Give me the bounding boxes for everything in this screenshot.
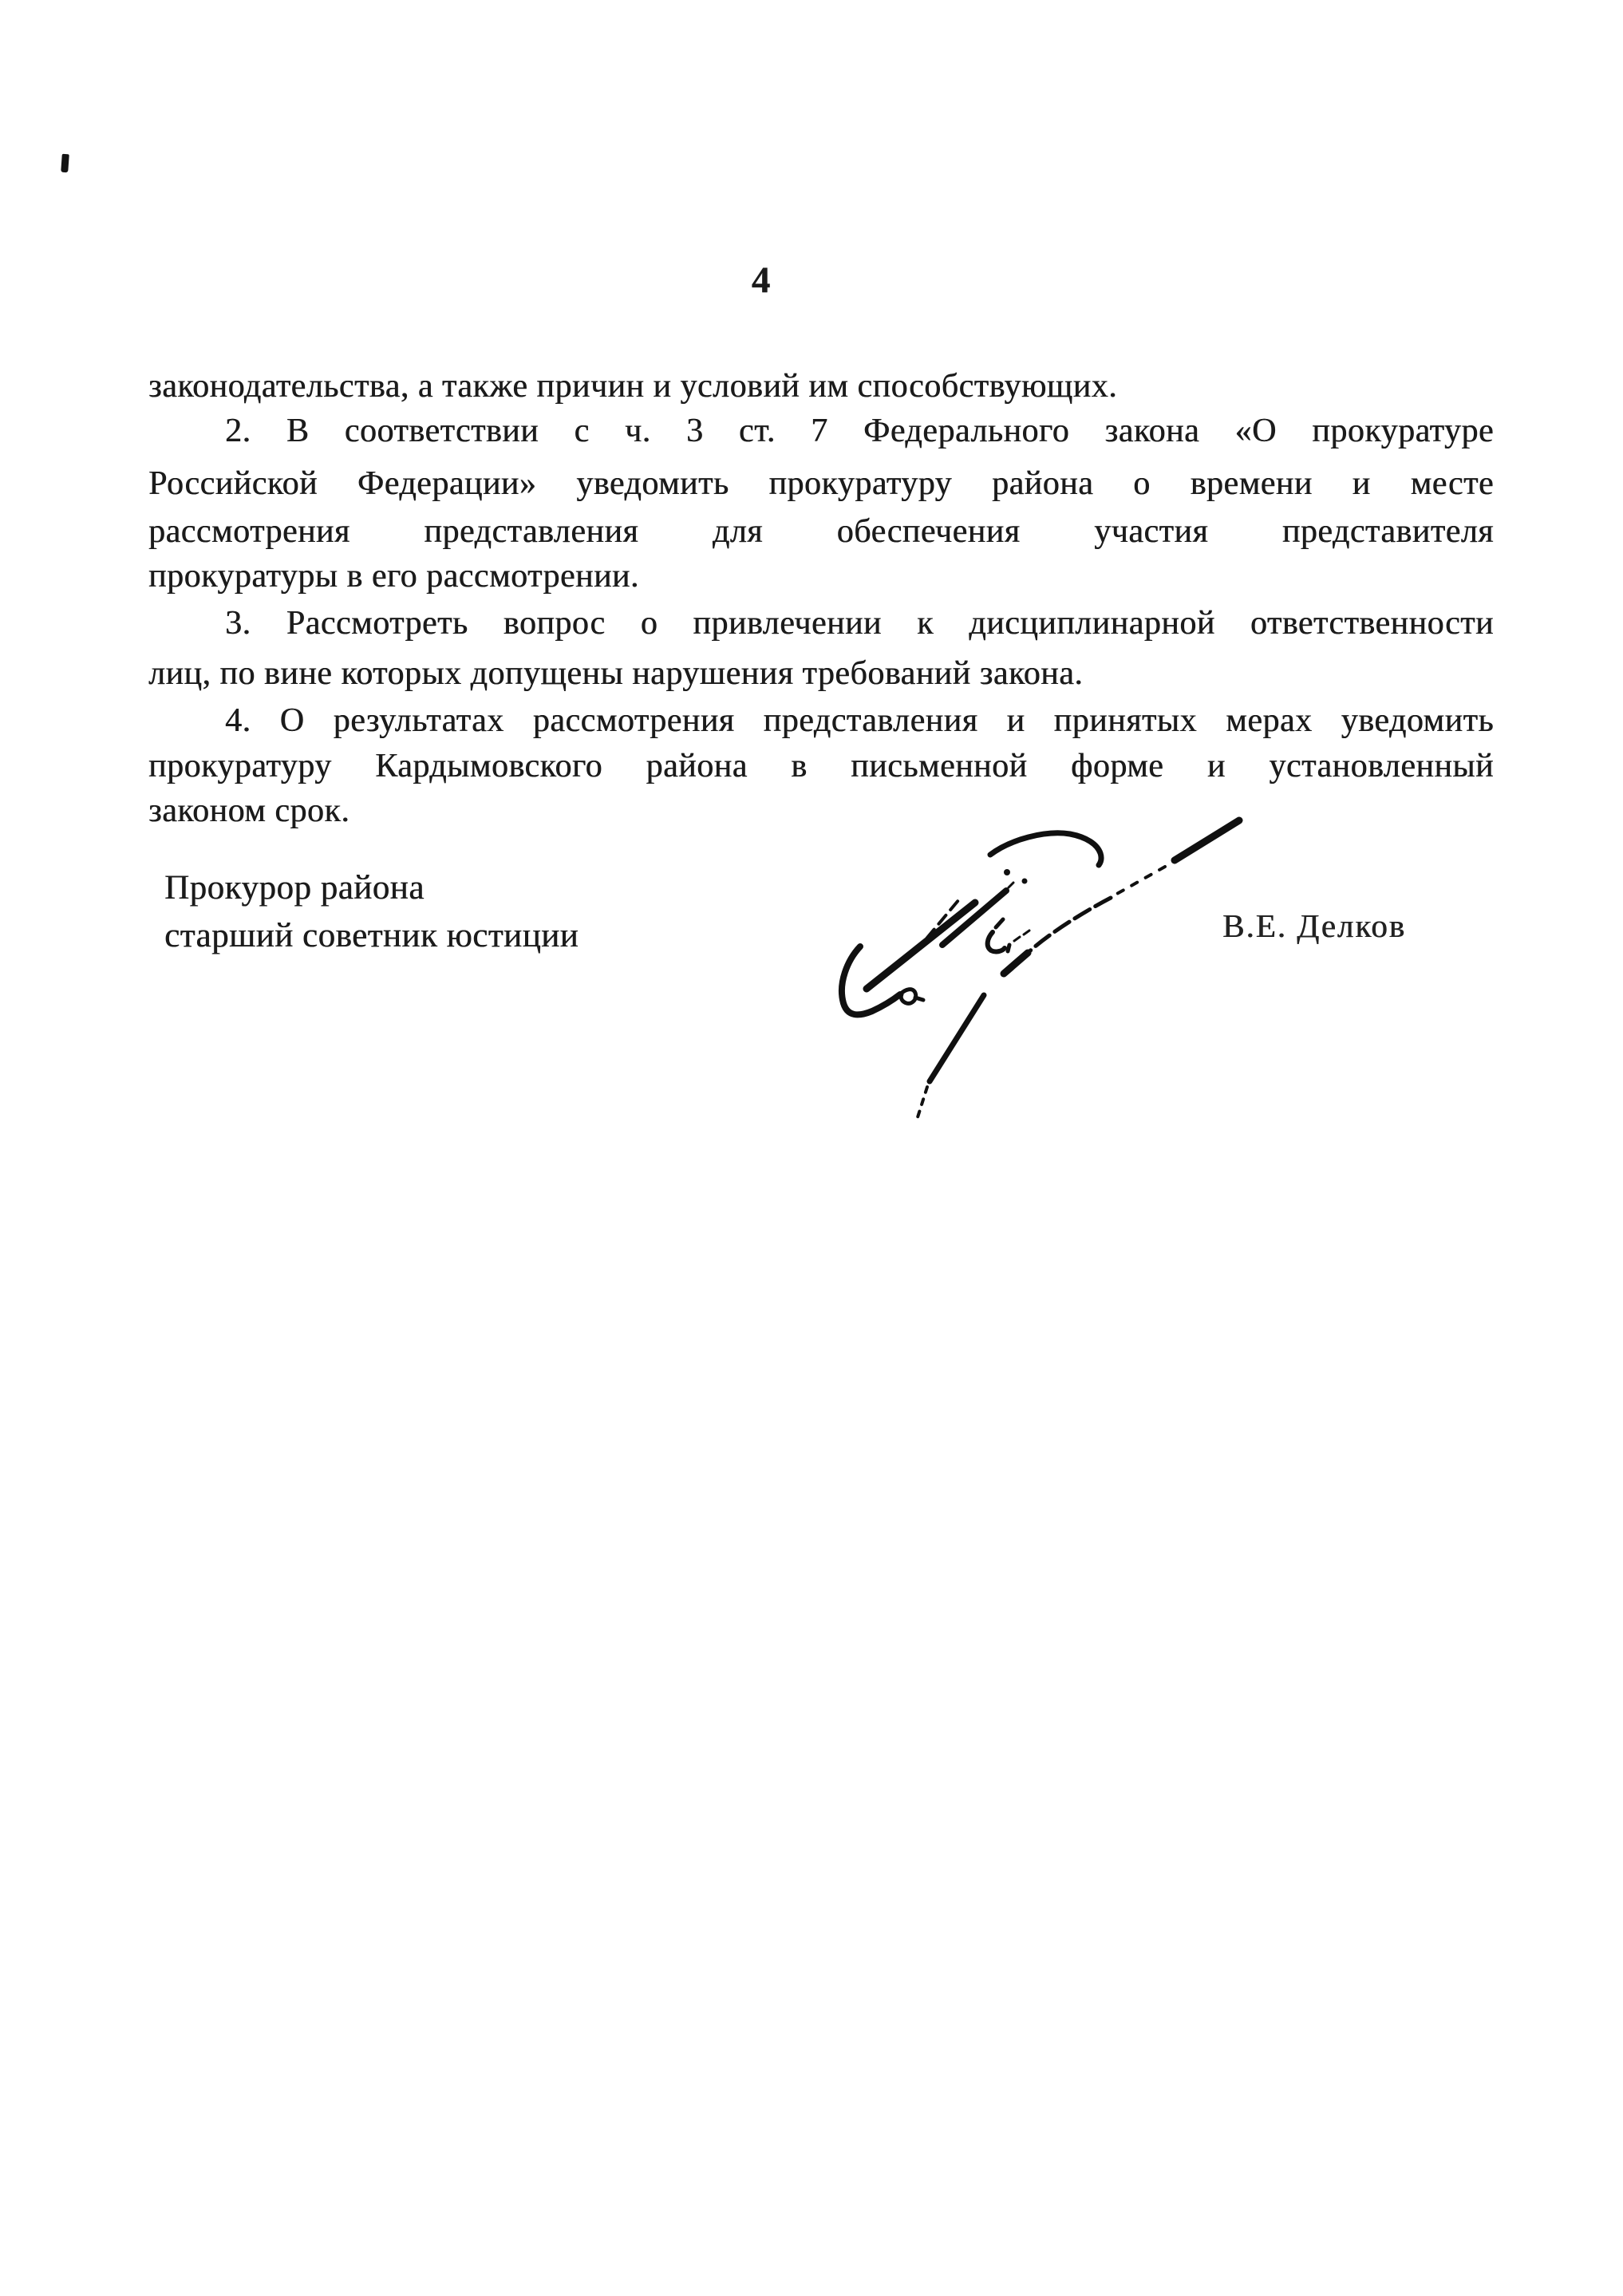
- body-line-9: прокуратуру Кардымовского района в письм…: [148, 749, 1494, 784]
- page-number: 4: [736, 259, 787, 302]
- body-line-3: Российской Федерации» уведомить прокурат…: [148, 466, 1494, 502]
- body-line-1: законодательства, а также причин и услов…: [148, 369, 1494, 405]
- body-line-2: 2. В соответствии с ч. 3 ст. 7 Федеральн…: [148, 413, 1494, 449]
- body-line-7: лиц, по вине которых допущены нарушения …: [148, 656, 1494, 692]
- signer-position-line-2: старший советник юстиции: [164, 918, 579, 954]
- body-line-8: 4. О результатах рассмотрения представле…: [148, 703, 1494, 739]
- signer-name: В.Е. Делков: [1222, 907, 1406, 945]
- body-line-6: 3. Рассмотреть вопрос о привлечении к ди…: [148, 606, 1494, 642]
- body-line-4: рассмотрения представления для обеспечен…: [148, 514, 1494, 550]
- body-line-5: прокуратуры в его рассмотрении.: [148, 559, 1494, 595]
- signer-position-line-1: Прокурор района: [164, 870, 425, 906]
- body-line-10: законом срок.: [148, 793, 1494, 829]
- scan-artifact-speck: [61, 154, 69, 173]
- scanned-document-page: 4 законодательства, а также причин и усл…: [0, 0, 1623, 2296]
- handwritten-signature: [0, 0, 1623, 2296]
